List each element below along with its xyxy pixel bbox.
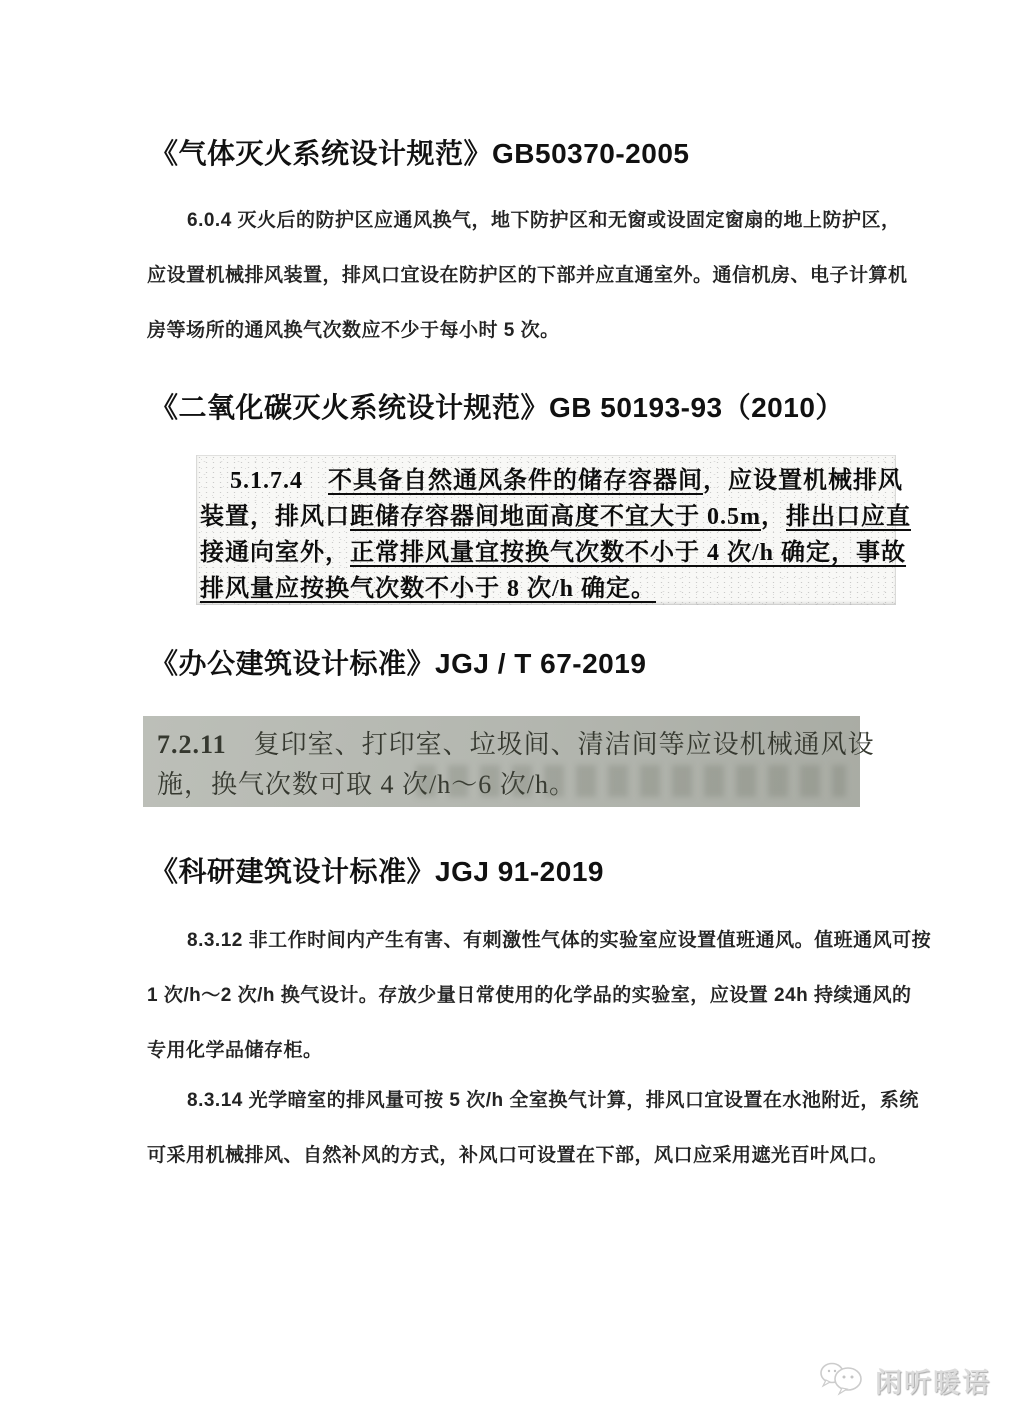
text-line: 应设置机械排风装置，排风口宜设在防护区的下部并应直通室外。通信机房、电子计算机 (147, 248, 907, 303)
photo-excerpt-7-2-11: 7.2.11 复印室、打印室、垃圾间、清洁间等应设机械通风设施，换气次数可取 4… (143, 716, 860, 807)
text-segment: 排出口应直 (786, 504, 911, 530)
text-line: 施，换气次数可取 4 次/h～6 次/h。 (157, 765, 846, 805)
text-segment: 5.1.7.4 (230, 468, 328, 494)
text-line: 接通向室外，正常排风量宜按换气次数不小于 4 次/h 确定，事故 (200, 535, 888, 571)
scanned-excerpt-5-1-7-4: 5.1.7.4 不具备自然通风条件的储存容器间，应设置机械排风装置，排风口距储存… (196, 455, 896, 605)
text-line: 装置，排风口距储存容器间地面高度不宜大于 0.5m，排出口应直 (200, 499, 888, 535)
text-segment: 复印室、打印室、垃圾间、清洁间等应设机械通风设 (227, 730, 875, 759)
text-segment: ，应设置机械排风 (703, 468, 903, 494)
watermark: 闲听暖语 (819, 1358, 991, 1403)
watermark-text: 闲听暖语 (875, 1361, 991, 1400)
paragraph-8-3-14: 8.3.14 光学暗室的排风量可按 5 次/h 全室换气计算，排风口宜设置在水池… (147, 1073, 907, 1183)
heading-office-building-standard: 《办公建筑设计标准》JGJ / T 67-2019 (150, 643, 646, 685)
wechat-bubbles-icon (819, 1358, 865, 1403)
heading-research-building-standard: 《科研建筑设计标准》JGJ 91-2019 (150, 851, 604, 893)
text-line: 8.3.14 光学暗室的排风量可按 5 次/h 全室换气计算，排风口宜设置在水池… (147, 1073, 907, 1128)
text-segment: 装置，排风口 (200, 504, 350, 530)
text-line: 6.0.4 灭火后的防护区应通风换气，地下防护区和无窗或设固定窗扇的地上防护区， (147, 193, 907, 248)
text-line: 专用化学品储存柜。 (147, 1023, 907, 1078)
text-segment: 正常排风量宜按换气次数不小于 4 次/h 确定，事故 (350, 540, 906, 566)
heading-co2-extinguishing-code: 《二氧化碳灭火系统设计规范》GB 50193-93（2010） (150, 387, 844, 429)
text-line: 可采用机械排风、自然补风的方式，补风口可设置在下部，风口应采用遮光百叶风口。 (147, 1128, 907, 1183)
text-line: 5.1.7.4 不具备自然通风条件的储存容器间，应设置机械排风 (200, 463, 888, 499)
text-segment: 排风量应按换气次数不小于 8 次/h 确定。 (200, 576, 656, 602)
text-segment: 施，换气次数可取 4 次/h～6 次/h。 (157, 770, 576, 799)
heading-gas-extinguishing-code: 《气体灭火系统设计规范》GB50370-2005 (150, 133, 689, 175)
text-line: 1 次/h～2 次/h 换气设计。存放少量日常使用的化学品的实验室，应设置 24… (147, 968, 907, 1023)
text-segment: 不具备自然通风条件的储存容器间 (328, 468, 703, 494)
document-page: 《气体灭火系统设计规范》GB50370-2005 6.0.4 灭火后的防护区应通… (0, 0, 1009, 1427)
text-segment: 接通向室外， (200, 540, 350, 566)
text-line: 7.2.11 复印室、打印室、垃圾间、清洁间等应设机械通风设 (157, 725, 846, 765)
text-line: 房等场所的通风换气次数应不少于每小时 5 次。 (147, 303, 907, 358)
text-line: 排风量应按换气次数不小于 8 次/h 确定。 (200, 571, 888, 607)
paragraph-8-3-12: 8.3.12 非工作时间内产生有害、有刺激性气体的实验室应设置值班通风。值班通风… (147, 913, 907, 1078)
text-segment: 距储存容器间地面高度不宜大于 0.5m (350, 504, 761, 530)
text-segment: ， (761, 504, 786, 530)
text-segment: 7.2.11 (157, 730, 227, 759)
paragraph-6-0-4: 6.0.4 灭火后的防护区应通风换气，地下防护区和无窗或设固定窗扇的地上防护区，… (147, 193, 907, 358)
text-line: 8.3.12 非工作时间内产生有害、有刺激性气体的实验室应设置值班通风。值班通风… (147, 913, 907, 968)
